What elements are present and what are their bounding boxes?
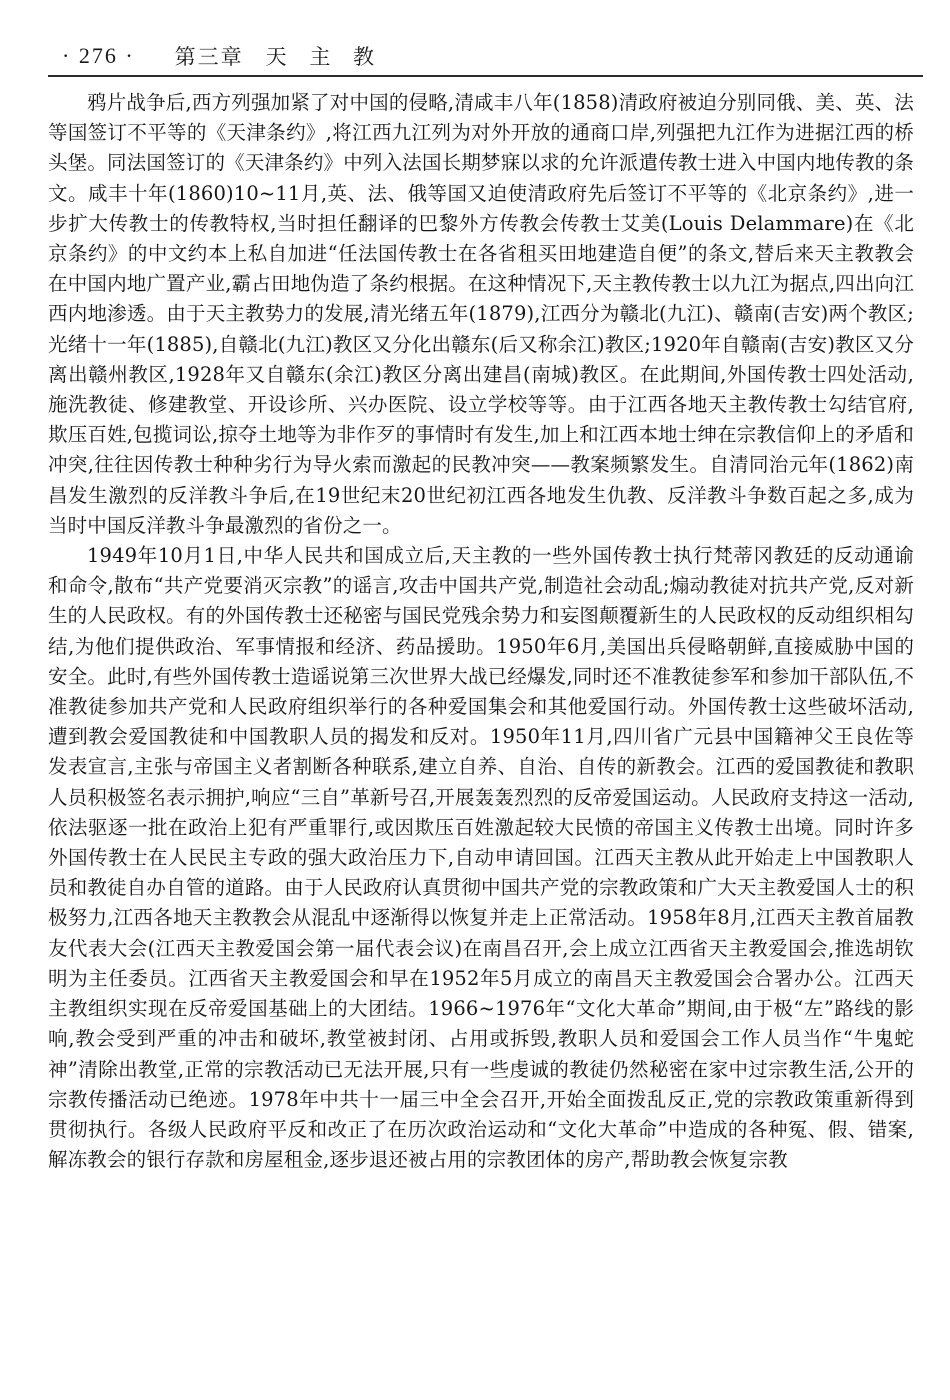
paragraph-1: 鸦片战争后,西方列强加紧了对中国的侵略,清咸丰八年(1858)清政府被迫分别同俄… — [48, 88, 914, 541]
book-page: · 276 · 第三章 天 主 教 鸦片战争后,西方列强加紧了对中国的侵略,清咸… — [0, 0, 950, 1400]
body-text: 鸦片战争后,西方列强加紧了对中国的侵略,清咸丰八年(1858)清政府被迫分别同俄… — [48, 88, 914, 1175]
running-head: · 276 · 第三章 天 主 教 — [62, 40, 382, 72]
header-rule — [48, 75, 923, 77]
chapter-label: 第三章 — [175, 41, 244, 71]
chapter-title: 天 主 教 — [266, 41, 382, 71]
paragraph-2: 1949年10月1日,中华人民共和国成立后,天主教的一些外国传教士执行梵蒂冈教廷… — [48, 541, 914, 1175]
page-number: · 276 · — [62, 43, 135, 69]
